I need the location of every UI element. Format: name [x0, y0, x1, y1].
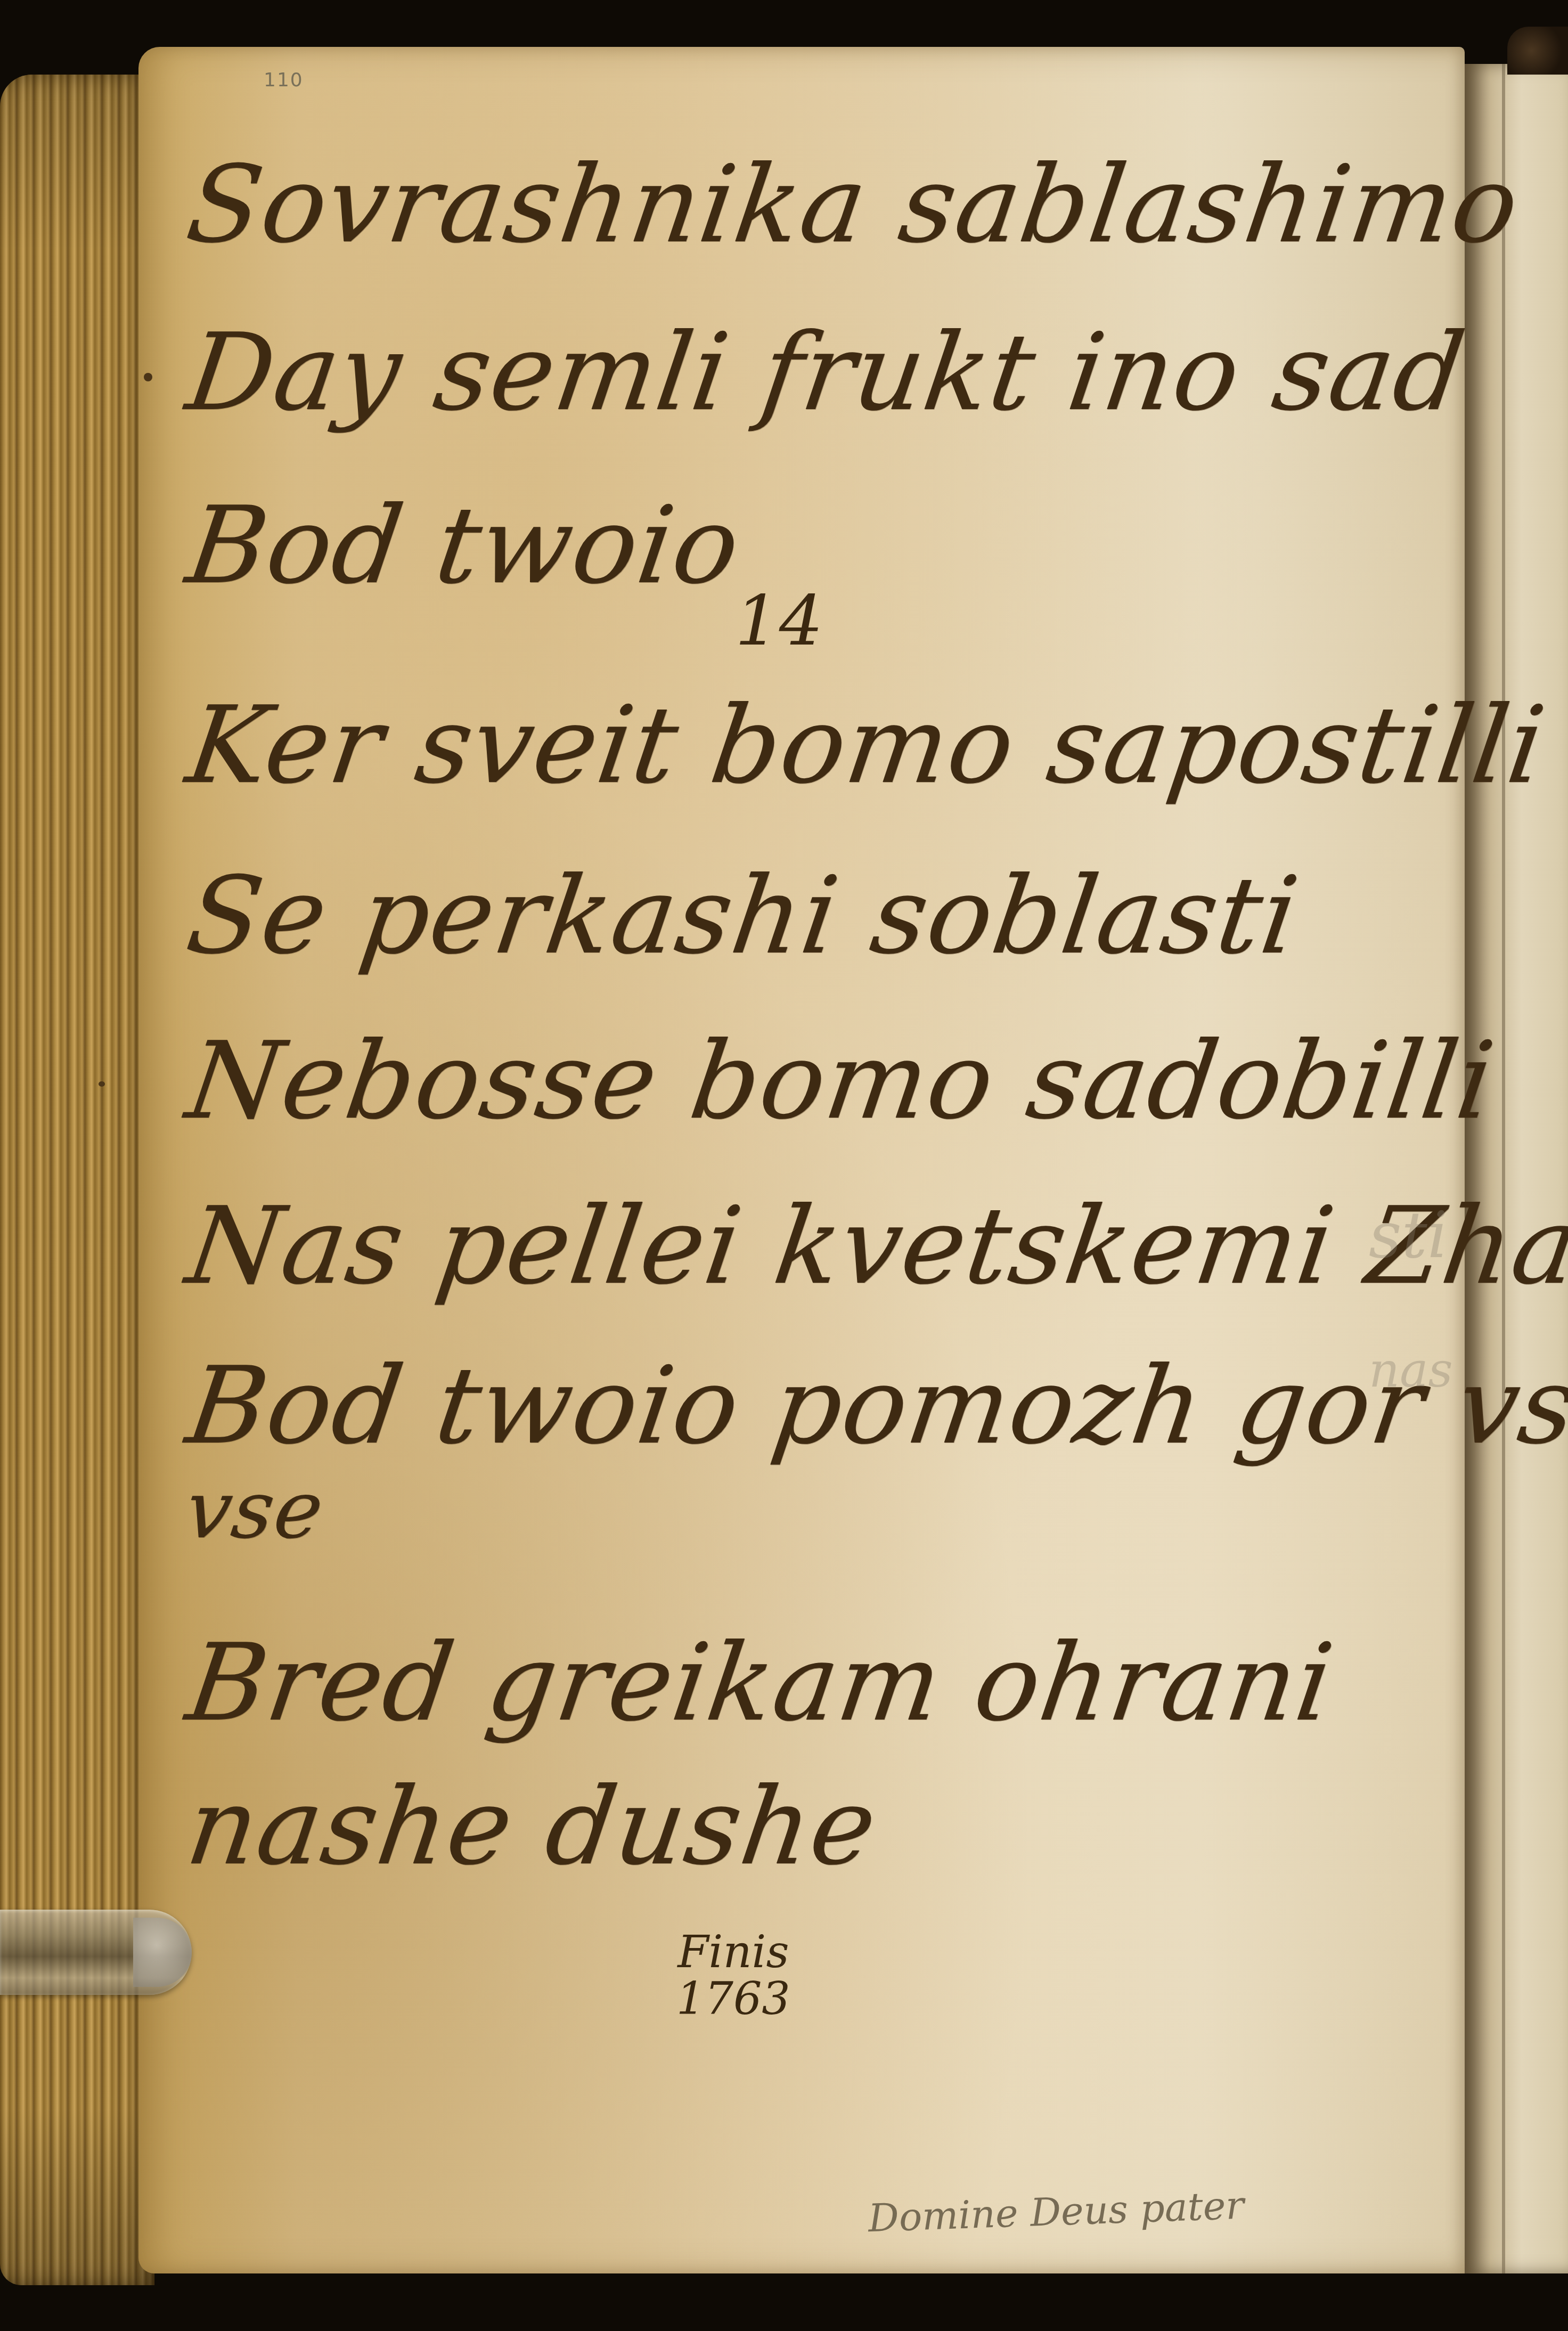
manuscript-line-11: Bred greikam ohrani	[181, 1630, 1340, 1737]
manuscript-line-3: Bod twoio	[181, 493, 746, 599]
manuscript-line-10: vse	[181, 1470, 329, 1550]
finis-word: Finis	[676, 1928, 790, 1975]
binding-cord	[1507, 27, 1568, 75]
margin-dot	[99, 1081, 105, 1087]
colophon: Finis 1763	[676, 1928, 790, 2022]
manuscript-line-1: Sovrashnika sablashimo	[181, 152, 1525, 258]
manuscript-line-2: Day semli frukt ino sad	[181, 320, 1472, 426]
show-through-text: sti	[1369, 1199, 1448, 1273]
manuscript-line-6: Se perkashi soblasti	[181, 863, 1305, 969]
manuscript-line-12: nashe dushe	[181, 1774, 883, 1880]
manuscript-line-8: Nas pellei kvetskemi Zhasti	[181, 1193, 1568, 1300]
manuscript-line-9: Bod twoio pomozh gor vsemi	[181, 1353, 1568, 1460]
folio-number: 110	[264, 69, 304, 91]
gutter-fold-line	[1502, 64, 1505, 2273]
facing-page-strip	[1465, 64, 1568, 2273]
manuscript-line-5: Ker sveit bomo sapostilli	[181, 692, 1551, 799]
manuscript-photo: 110 Sovrashnika sablashimo Day semli fru…	[0, 0, 1568, 2331]
manuscript-line-7: Nebosse bomo sadobilli	[181, 1028, 1500, 1135]
show-through-text: nas	[1369, 1342, 1453, 1398]
verse-number: 14	[735, 586, 823, 655]
colophon-year: 1763	[676, 1975, 790, 2022]
margin-dot	[144, 373, 152, 381]
